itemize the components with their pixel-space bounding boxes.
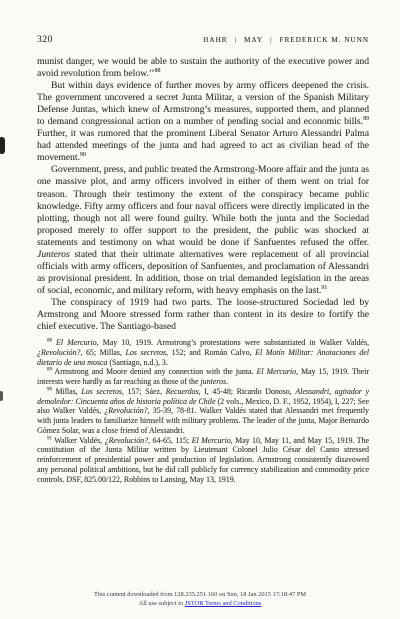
footnote: 90 Millas, Los secretos, 157; Sáez, Recu… bbox=[37, 387, 369, 436]
scan-artifact bbox=[0, 137, 5, 154]
body-paragraph: The conspiracy of 1919 had two parts. Th… bbox=[37, 297, 369, 333]
separator-bar: | bbox=[263, 36, 279, 44]
issue-month: MAY bbox=[244, 36, 263, 44]
jstor-terms-link[interactable]: JSTOR Terms and Conditions bbox=[185, 600, 262, 607]
body-paragraph: munist danger, we would be able to susta… bbox=[37, 56, 369, 80]
scanned-journal-page: 320 HAHR|MAY|FREDERICK M. NUNN munist da… bbox=[0, 0, 400, 619]
page-number: 320 bbox=[37, 35, 53, 45]
jstor-download-footer: This content downloaded from 128.235.251… bbox=[0, 591, 400, 608]
terms-prefix: All use subject to bbox=[139, 600, 185, 607]
footnote: 91 Walker Valdés, ¿Revolución?, 64-65, 1… bbox=[37, 436, 369, 485]
download-info-line: This content downloaded from 128.235.251… bbox=[0, 591, 400, 600]
journal-abbreviation: HAHR bbox=[203, 36, 227, 44]
terms-line: All use subject to JSTOR Terms and Condi… bbox=[0, 600, 400, 609]
separator-bar: | bbox=[227, 36, 243, 44]
running-header: 320 HAHR|MAY|FREDERICK M. NUNN bbox=[37, 35, 369, 45]
article-body: munist danger, we would be able to susta… bbox=[37, 56, 369, 333]
running-head: HAHR|MAY|FREDERICK M. NUNN bbox=[203, 36, 369, 44]
body-paragraph: Government, press, and public treated th… bbox=[37, 164, 369, 297]
footnotes-block: 88 El Mercurio, May 10, 1919. Armstrong’… bbox=[37, 338, 369, 484]
author-name: FREDERICK M. NUNN bbox=[280, 36, 369, 44]
scan-artifact bbox=[0, 391, 3, 401]
body-paragraph: But within days evidence of further move… bbox=[37, 80, 369, 164]
footnote: 89 Armstrong and Moore denied any connec… bbox=[37, 367, 369, 387]
footnote: 88 El Mercurio, May 10, 1919. Armstrong’… bbox=[37, 338, 369, 367]
